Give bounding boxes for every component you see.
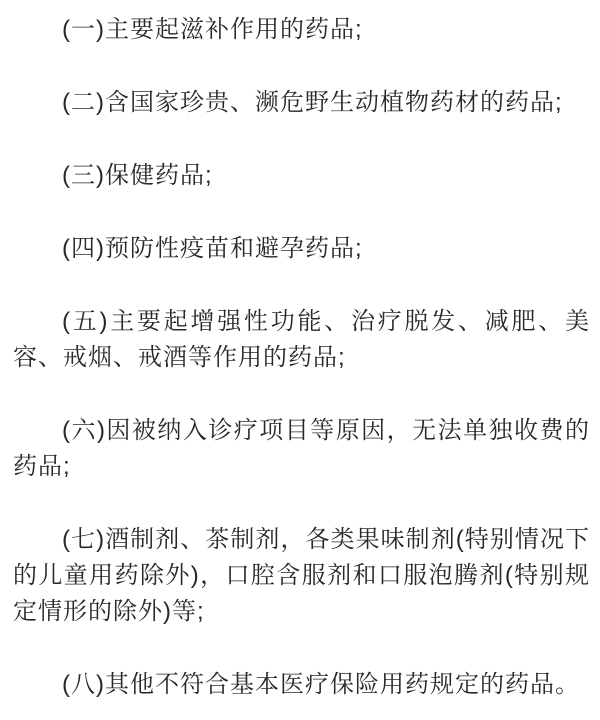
clause-item-8: (八)其他不符合基本医疗保险用药规定的药品。 (13, 667, 590, 703)
clause-item-6: (六)因被纳入诊疗项目等原因，无法单独收费的药品; (13, 413, 590, 485)
document-page: (一)主要起滋补作用的药品; (二)含国家珍贵、濒危野生动植物药材的药品; (三… (0, 0, 600, 720)
clause-item-5: (五)主要起增强性功能、治疗脱发、减肥、美容、戒烟、戒酒等作用的药品; (13, 304, 590, 376)
clause-item-3: (三)保健药品; (13, 158, 590, 194)
clause-item-1: (一)主要起滋补作用的药品; (13, 12, 590, 48)
clause-item-7: (七)酒制剂、茶制剂，各类果味制剂(特别情况下的儿童用药除外)，口腔含服剂和口服… (13, 522, 590, 630)
clause-item-2: (二)含国家珍贵、濒危野生动植物药材的药品; (13, 85, 590, 121)
clause-item-4: (四)预防性疫苗和避孕药品; (13, 231, 590, 267)
